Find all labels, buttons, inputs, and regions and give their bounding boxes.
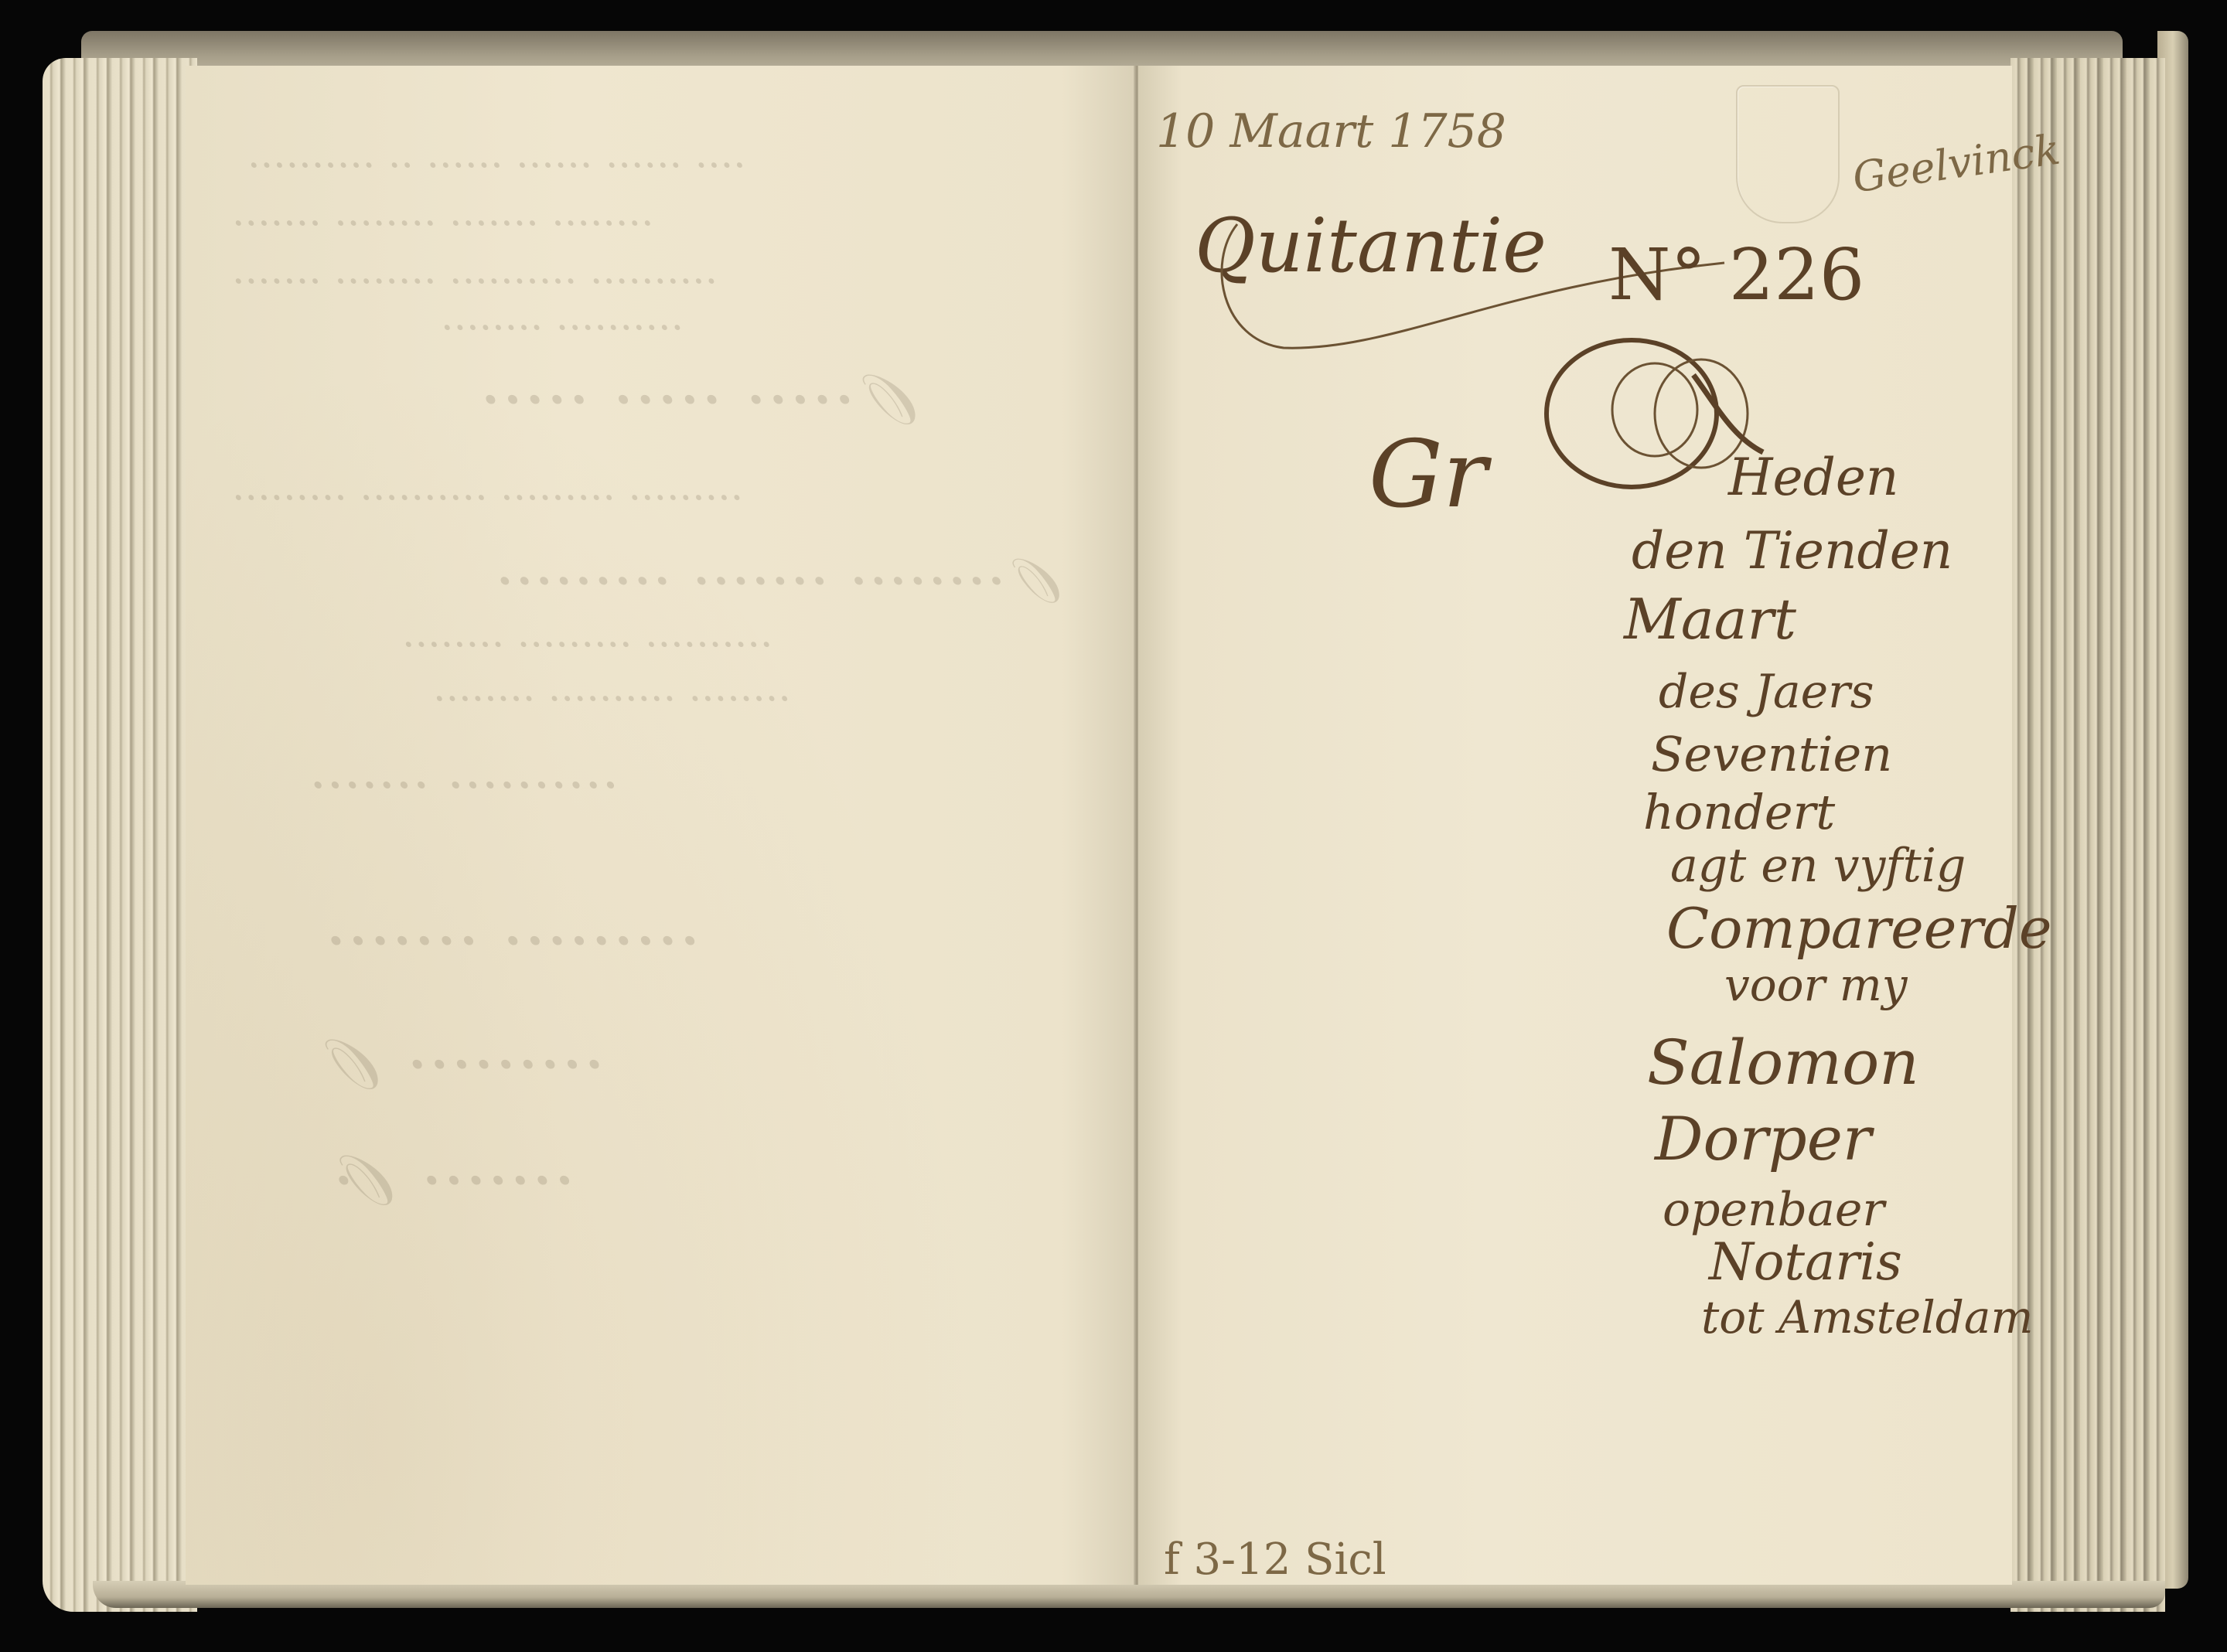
bleed-through-signature: ·········· ·······	[309, 754, 619, 817]
margin-mark: Gr	[1369, 429, 1487, 522]
bottom-page-stack-edges	[93, 1581, 2165, 1608]
text-line: Heden	[1728, 452, 1898, 503]
text-line: Seventien	[1651, 731, 1892, 778]
text-line: Notaris	[1709, 1237, 1902, 1288]
left-page-stack-edges	[43, 58, 197, 1612]
text-line: agt en vyftig	[1670, 843, 1966, 889]
bleed-through-signature: ······· 𝒪·	[333, 1140, 575, 1222]
text-line: Compareerde	[1666, 901, 2051, 956]
bleed-through-text: ·········· ········	[441, 305, 684, 352]
text-line: voor my	[1724, 962, 1908, 1007]
bleed-through-text: 𝒪 ····· ····· ·····	[479, 359, 922, 441]
header-date: 10 Maart 1758	[1156, 108, 1506, 155]
text-line: Maart	[1624, 591, 1796, 647]
text-line: openbaer	[1663, 1187, 1884, 1233]
text-line: Salomon	[1647, 1032, 1919, 1094]
left-page: ···· ······ ······ ······ ·· ·········· …	[186, 66, 1138, 1585]
footer-fee-note: f 3-12 Sicl	[1164, 1538, 1386, 1582]
text-line: Dorper	[1655, 1109, 1871, 1170]
text-line: hondert	[1643, 789, 1835, 836]
bleed-through-text: ·········· ········· ········	[402, 622, 772, 669]
bleed-through-text: ·········· ·········· ········ ·······	[232, 259, 718, 305]
document-title: Quitantie	[1195, 209, 1547, 283]
text-line: den Tienden	[1632, 526, 1952, 577]
right-page	[1138, 66, 2012, 1585]
bleed-through-signature: ········· 𝒪	[340, 1024, 605, 1106]
bleed-through-text: ········ ·········· ········	[433, 676, 791, 723]
document-number: N° 226	[1608, 240, 1864, 311]
embossed-stamp-icon	[1736, 85, 1840, 223]
text-line: tot Amsteldam	[1701, 1295, 2034, 1340]
right-page-stack-edges	[2010, 58, 2165, 1612]
bleed-through-text: ···· ······ ······ ······ ·· ··········	[247, 143, 746, 189]
bleed-through-text: ········· ········· ·········· ·········	[232, 475, 743, 522]
bleed-through-text: ········ ······· ········ ·······	[232, 201, 653, 247]
text-line: des Jaers	[1659, 669, 1874, 715]
bleed-through-signature: ········· ·······	[325, 901, 701, 982]
bleed-through-text: 𝒪 ········ ······· ·········	[495, 545, 1065, 618]
